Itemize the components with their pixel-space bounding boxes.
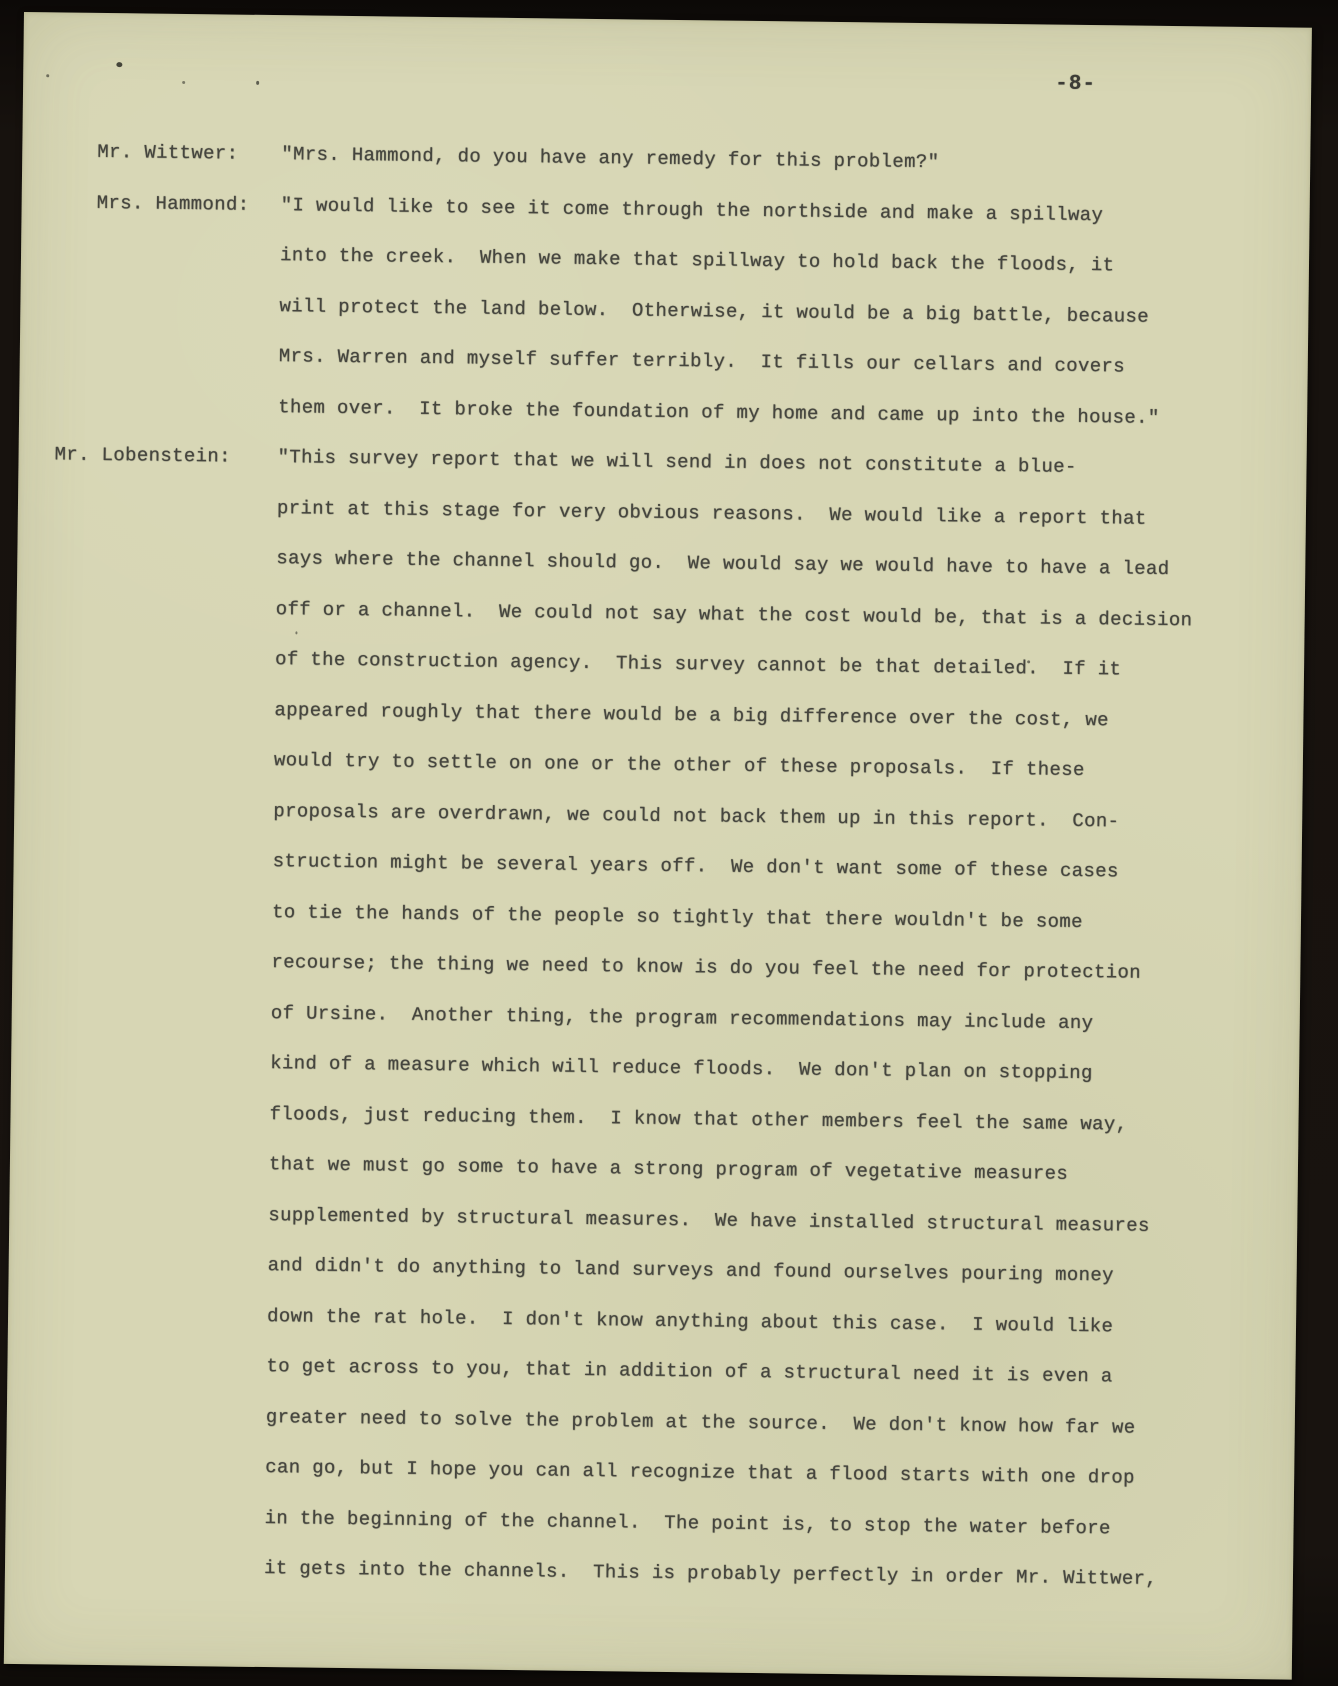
dialogue-text: to tie the hands of the people so tightl… [272, 901, 1083, 933]
ink-speck [116, 62, 122, 67]
dialogue-text: and didn't do anything to land surveys a… [268, 1254, 1114, 1286]
dialogue-text: of Ursine. Another thing, the program re… [271, 1002, 1094, 1034]
page-number: -8- [1055, 73, 1096, 96]
transcript: Mr. Wittwer:"Mrs. Hammond, do you have a… [5, 126, 1311, 1606]
ink-speck [46, 74, 49, 77]
document-page: -8- Mr. Wittwer:"Mrs. Hammond, do you ha… [4, 12, 1312, 1680]
dialogue-text: it gets into the channels. This is proba… [264, 1557, 1157, 1590]
dialogue-text: kind of a measure which will reduce floo… [270, 1052, 1093, 1084]
dialogue-text: would try to settle on one or the other … [274, 749, 1085, 781]
dialogue-text: into the creek. When we make that spillw… [280, 244, 1115, 276]
dialogue-text: off or a channel. We could not say what … [276, 598, 1193, 631]
dialogue-text: down the rat hole. I don't know anything… [267, 1305, 1113, 1337]
dialogue-text: proposals are overdrawn, we could not ba… [273, 800, 1119, 832]
dialogue-text: says where the channel should go. We wou… [276, 547, 1169, 580]
ink-speck [256, 81, 259, 85]
dialogue-text: struction might be several years off. We… [273, 850, 1119, 882]
dialogue-text: supplemented by structural measures. We … [268, 1204, 1150, 1237]
dialogue-text: "I would like to see it come through the… [281, 194, 1104, 226]
dialogue-text: Mrs. Warren and myself suffer terribly. … [279, 345, 1125, 377]
dialogue-text: recourse; the thing we need to know is d… [271, 951, 1141, 984]
dialogue-text: print at this stage for very obvious rea… [277, 497, 1147, 530]
speaker-label: Mr. Lobenstein: [54, 429, 231, 482]
dialogue-text: "This survey report that we will send in… [277, 446, 1076, 478]
dialogue-text: floods, just reducing them. I know that … [269, 1103, 1127, 1135]
dialogue-text: of the construction agency. This survey … [275, 648, 1121, 680]
dialogue-text: in the beginning of the channel. The poi… [264, 1507, 1110, 1539]
speaker-label: Mr. Wittwer: [97, 127, 239, 179]
dialogue-text: "Mrs. Hammond, do you have any remedy fo… [281, 143, 939, 173]
dialogue-text: greater need to solve the problem at the… [266, 1406, 1136, 1439]
dialogue-text: can go, but I hope you can all recognize… [265, 1456, 1135, 1489]
speaker-label: Mrs. Hammond: [96, 177, 249, 229]
dialogue-text: will protect the land below. Otherwise, … [279, 295, 1149, 328]
dialogue-text: appeared roughly that there would be a b… [274, 699, 1109, 731]
dialogue-text: to get across to you, that in addition o… [266, 1355, 1112, 1387]
dialogue-text: them over. It broke the foundation of my… [278, 396, 1160, 429]
ink-speck [182, 81, 185, 84]
dialogue-text: that we must go some to have a strong pr… [269, 1153, 1068, 1185]
